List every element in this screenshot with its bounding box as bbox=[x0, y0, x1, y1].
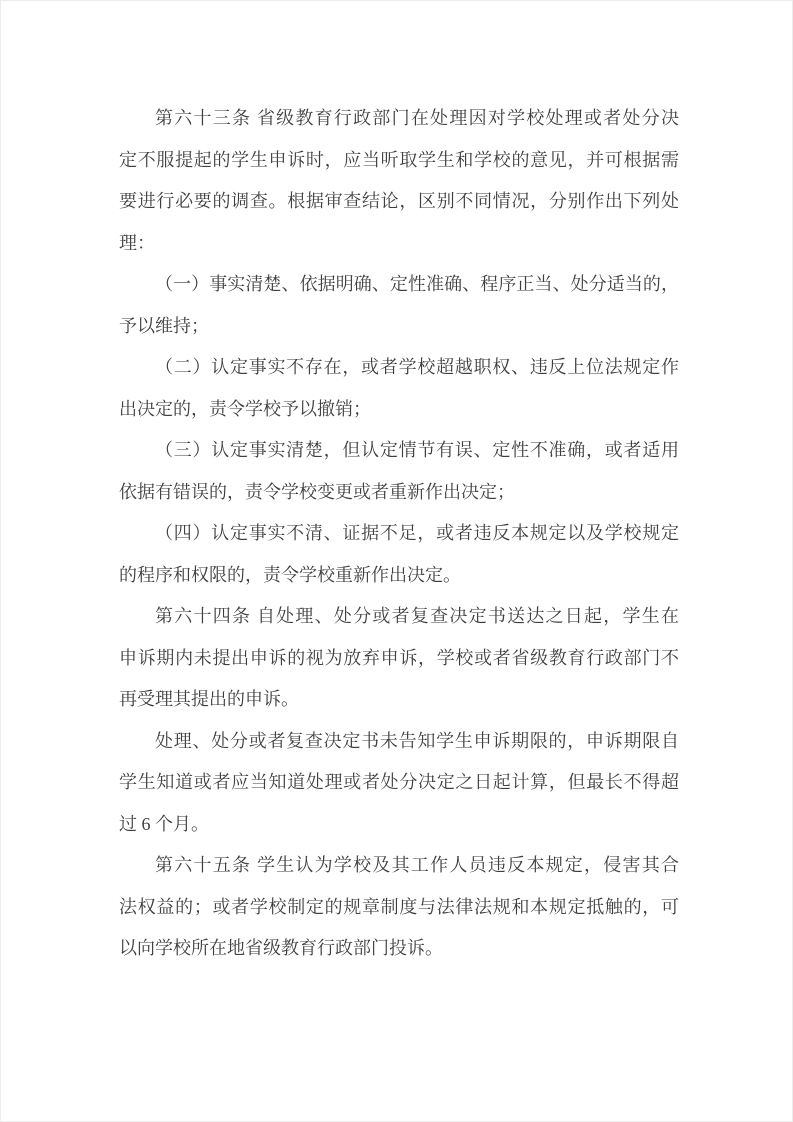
text-line: 要进行必要的调查。根据审查结论，区别不同情况，分别作出下列处 bbox=[119, 181, 679, 223]
text-line: 依据有错误的，责令学校变更或者重新作出决定； bbox=[119, 472, 679, 514]
text-line: （二）认定事实不存在，或者学校超越职权、违反上位法规定作 bbox=[119, 347, 679, 389]
document-text-column: 第六十三条 省级教育行政部门在处理因对学校处理或者处分决 定不服提起的学生申诉时… bbox=[119, 98, 679, 970]
text-line: 的程序和权限的，责令学校重新作出决定。 bbox=[119, 555, 679, 597]
paragraph-article-64-para-2: 处理、处分或者复查决定书未告知学生申诉期限的，申诉期限自 学生知道或者应当知道处… bbox=[119, 721, 679, 846]
text-line: 出决定的，责令学校予以撤销； bbox=[119, 389, 679, 431]
text-line: （一）事实清楚、依据明确、定性准确、程序正当、处分适当的， bbox=[119, 264, 679, 306]
paragraph-item-3: （三）认定事实清楚，但认定情节有误、定性不准确，或者适用 依据有错误的，责令学校… bbox=[119, 430, 679, 513]
text-line: 学生知道或者应当知道处理或者处分决定之日起计算，但最长不得超 bbox=[119, 762, 679, 804]
text-line: （四）认定事实不清、证据不足，或者违反本规定以及学校规定 bbox=[119, 513, 679, 555]
paragraph-item-1: （一）事实清楚、依据明确、定性准确、程序正当、处分适当的， 予以维持； bbox=[119, 264, 679, 347]
text-line: 再受理其提出的申诉。 bbox=[119, 679, 679, 721]
text-line: 理： bbox=[119, 223, 679, 265]
text-line: 申诉期内未提出申诉的视为放弃申诉，学校或者省级教育行政部门不 bbox=[119, 638, 679, 680]
text-line: 第六十四条 自处理、处分或者复查决定书送达之日起，学生在 bbox=[119, 596, 679, 638]
paragraph-item-4: （四）认定事实不清、证据不足，或者违反本规定以及学校规定 的程序和权限的，责令学… bbox=[119, 513, 679, 596]
text-line: 予以维持； bbox=[119, 306, 679, 348]
paragraph-article-65: 第六十五条 学生认为学校及其工作人员违反本规定，侵害其合 法权益的；或者学校制定… bbox=[119, 845, 679, 970]
text-line: 处理、处分或者复查决定书未告知学生申诉期限的，申诉期限自 bbox=[119, 721, 679, 763]
text-line: 以向学校所在地省级教育行政部门投诉。 bbox=[119, 928, 679, 970]
text-line: （三）认定事实清楚，但认定情节有误、定性不准确，或者适用 bbox=[119, 430, 679, 472]
paragraph-article-63: 第六十三条 省级教育行政部门在处理因对学校处理或者处分决 定不服提起的学生申诉时… bbox=[119, 98, 679, 264]
paragraph-article-64: 第六十四条 自处理、处分或者复查决定书送达之日起，学生在 申诉期内未提出申诉的视… bbox=[119, 596, 679, 721]
text-line: 法权益的；或者学校制定的规章制度与法律法规和本规定抵触的，可 bbox=[119, 887, 679, 929]
paragraph-item-2: （二）认定事实不存在，或者学校超越职权、违反上位法规定作 出决定的，责令学校予以… bbox=[119, 347, 679, 430]
text-line: 第六十五条 学生认为学校及其工作人员违反本规定，侵害其合 bbox=[119, 845, 679, 887]
document-page: 第六十三条 省级教育行政部门在处理因对学校处理或者处分决 定不服提起的学生申诉时… bbox=[0, 0, 793, 1122]
text-line: 定不服提起的学生申诉时，应当听取学生和学校的意见，并可根据需 bbox=[119, 140, 679, 182]
text-line: 第六十三条 省级教育行政部门在处理因对学校处理或者处分决 bbox=[119, 98, 679, 140]
text-line: 过 6 个月。 bbox=[119, 804, 679, 846]
